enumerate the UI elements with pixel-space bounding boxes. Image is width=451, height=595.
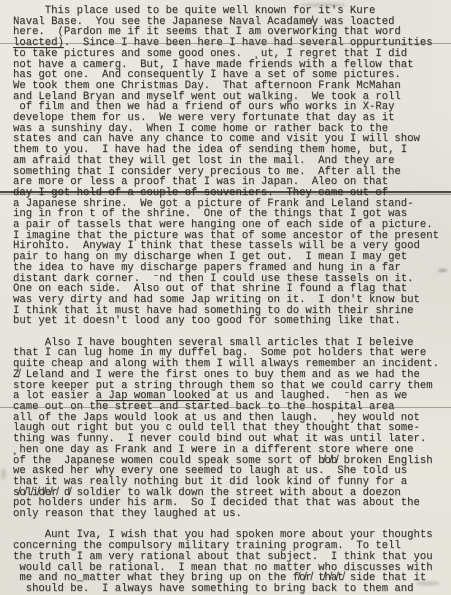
letter-line: only reason that they laughed at us. [13,509,443,520]
letter-line: should be. I always have something to br… [13,584,443,595]
letter-text-segment: only reason that they laughed at us. [13,508,242,520]
letter-line: but yet it doesn't lood any too good for… [13,316,443,327]
letter-text-segment: but yet it doesn't lood any too good for… [13,315,401,327]
paper-smudge [1,468,6,480]
letter-body: This place used to be quite well known f… [13,6,443,595]
letter-text-segment: should be. I always have something to br… [13,583,414,595]
typewritten-letter-page: This place used to be quite well known f… [0,0,451,595]
